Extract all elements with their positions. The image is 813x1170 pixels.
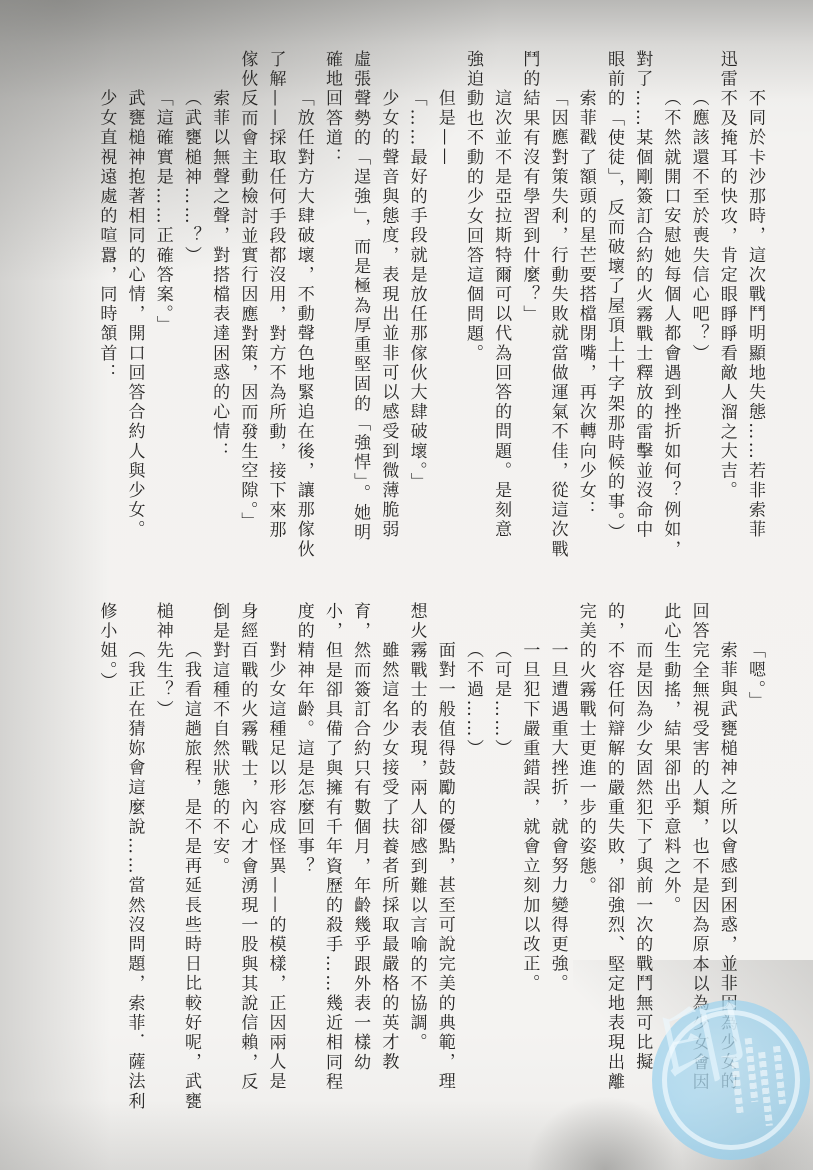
text-column: 傢伙反而會主動檢討並實行因應對策，因而發生空隙。」 xyxy=(233,50,261,574)
text-column: 一旦犯下嚴重錯誤，就會立刻加以改正。 xyxy=(515,602,543,1120)
text-column: 此心生動搖，結果卻出乎意料之外。 xyxy=(656,602,684,1120)
text-column: 回答完全無視受害的人類，也不是因為原本以為少女會因 xyxy=(684,602,712,1120)
text-column: 少女的聲音與態度，表現出並非可以感受到微薄脆弱 xyxy=(374,50,402,574)
text-column: 完美的火霧戰士更進一步的姿態。 xyxy=(572,602,600,1120)
text-column: 少女直視遠處的喧囂，同時頷首： xyxy=(92,50,120,574)
text-column: 鬥的結果有沒有學習到什麼？」 xyxy=(515,50,543,574)
text-column: 但是—— xyxy=(431,50,459,574)
text-column: 索菲與武甕槌神之所以會感到困惑，並非因為少女的 xyxy=(713,602,741,1120)
bottom-text-block: 「嗯。」索菲與武甕槌神之所以會感到困惑，並非因為少女的回答完全無視受害的人類，也… xyxy=(92,602,769,1120)
text-column: 一旦遭遇重大挫折，就會努力變得更強。 xyxy=(543,602,571,1120)
text-column: 對了……某個剛簽訂合約的火霧戰士釋放的雷擊並沒命中 xyxy=(628,50,656,574)
text-column: 小，但是卻具備了與擁有千年資歷的殺手……幾近相同程 xyxy=(318,602,346,1120)
text-column: 眼前的「使徒」，反而破壞了屋頂上十字架那時候的事。） xyxy=(600,50,628,574)
text-column: （不過……） xyxy=(459,602,487,1120)
text-column: 的，不容任何辯解的嚴重失敗，卻強烈、堅定地表現出離 xyxy=(600,602,628,1120)
top-text-block: 不同於卡沙那時，這次戰鬥明顯地失態……若非索菲迅雷不及掩耳的快攻，肯定眼睜睜看敵… xyxy=(92,50,769,574)
text-column: 身經百戰的火霧戰士，內心才會湧現一股與其說信賴，反 xyxy=(233,602,261,1120)
text-column: 虛張聲勢的「逞強」，而是極為厚重堅固的「強悍」。她明 xyxy=(346,50,374,574)
text-column: 了解——採取任何手段都沒用，對方不為所動，接下來那 xyxy=(261,50,289,574)
text-column: 對少女這種足以形容成怪異——的模樣，正因兩人是 xyxy=(261,602,289,1120)
text-column: 索菲戳了額頭的星芒要搭檔閉嘴，再次轉向少女： xyxy=(572,50,600,574)
text-column: 度的精神年齡。這是怎麼回事？ xyxy=(290,602,318,1120)
text-column: 這次並不是亞拉斯特爾可以代為回答的問題。是刻意 xyxy=(487,50,515,574)
text-column: 倒是對這種不自然狀態的不安。 xyxy=(205,602,233,1120)
text-column: 修小姐。） xyxy=(92,602,120,1120)
text-column: 育，然而簽訂合約只有數個月，年齡幾乎跟外表一樣幼 xyxy=(346,602,374,1120)
stamp-small-text-line xyxy=(773,1046,786,1104)
text-column: 想火霧戰士的表現，兩人卻感到難以言喻的不協調。 xyxy=(402,602,430,1120)
scanned-novel-page: 不同於卡沙那時，這次戰鬥明顯地失態……若非索菲迅雷不及掩耳的快攻，肯定眼睜睜看敵… xyxy=(0,0,813,1170)
text-column: 不同於卡沙那時，這次戰鬥明顯地失態……若非索菲 xyxy=(741,50,769,574)
text-column: 雖然這名少女接受了扶養者所採取最嚴格的英才教 xyxy=(374,602,402,1120)
text-column: 「這確實是……正確答案。」 xyxy=(149,50,177,574)
text-column: 「……最好的手段就是放任那傢伙大肆破壞。」 xyxy=(402,50,430,574)
text-column: 「嗯。」 xyxy=(741,602,769,1120)
text-column: 武甕槌神抱著相同的心情，開口回答合約人與少女。 xyxy=(120,50,148,574)
text-column: （應該還不至於喪失信心吧？） xyxy=(684,50,712,574)
text-column: 強迫動也不動的少女回答這個問題。 xyxy=(459,50,487,574)
text-column: （可是……） xyxy=(487,602,515,1120)
text-column: （不然就開口安慰她每個人都會遇到挫折如何？例如， xyxy=(656,50,684,574)
text-column: 槌神先生？） xyxy=(149,602,177,1120)
text-column: 索菲以無聲之聲，對搭檔表達困惑的心情： xyxy=(205,50,233,574)
text-column: （我看這趟旅程，是不是再延長些時日比較好呢，武甕 xyxy=(177,602,205,1120)
text-column: （武甕槌神……？） xyxy=(177,50,205,574)
text-column: 迅雷不及掩耳的快攻，肯定眼睜睜看敵人溜之大吉。 xyxy=(713,50,741,574)
text-column: 而是因為少女固然犯下了與前一次的戰鬥無可比擬 xyxy=(628,602,656,1120)
text-column: 確地回答道： xyxy=(318,50,346,574)
text-column: 面對一般值得鼓勵的優點，甚至可說完美的典範，理 xyxy=(431,602,459,1120)
text-column: 「因應對策失利，行動失敗就當做運氣不佳，從這次戰 xyxy=(543,50,571,574)
text-column: 「放任對方大肆破壞，不動聲色地緊追在後，讓那傢伙 xyxy=(290,50,318,574)
text-column: （我正在猜妳會這麼說……當然沒問題，索菲．薩法利 xyxy=(120,602,148,1120)
